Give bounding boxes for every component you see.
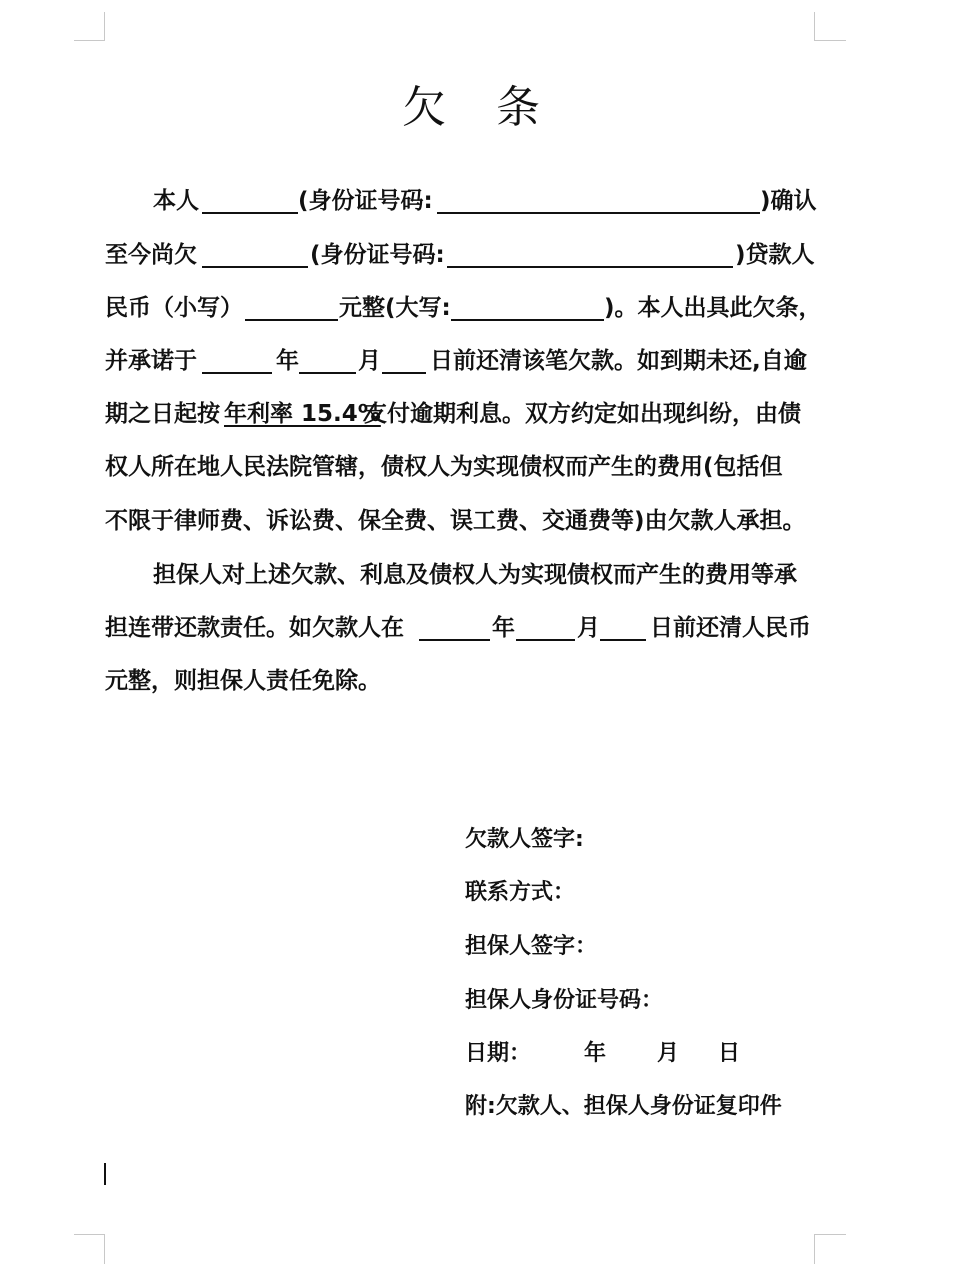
date-label: 日期： (465, 1039, 531, 1069)
text-overdue-start: 期之日起按 (105, 399, 220, 429)
text-jurisdiction-clause: 权人所在地人民法院管辖，债权人为实现债权而产生的费用(包括但 (105, 454, 783, 480)
text-joint-liability: 担连带还款责任。如欠款人在 (105, 613, 404, 643)
guarantor-id-field[interactable]: 担保人身份证号码： (465, 986, 663, 1016)
document-title: 欠 条 (0, 80, 960, 136)
blank-borrower-name[interactable] (202, 212, 298, 214)
guarantor-signature-label: 担保人签字： (465, 934, 597, 959)
text-owe-label: 至今尚欠 (105, 240, 197, 270)
paragraph1-line3: 民币（小写） 元整(大写: )。本人出具此欠条， (0, 293, 960, 323)
text-year: 年 (276, 346, 299, 376)
text-issue-statement: )。本人出具此欠条， (604, 293, 822, 323)
paragraph1-line5: 期之日起按 年利率 15.4% 支付逾期利息。双方约定如出现纠纷，由债 (0, 399, 960, 429)
date-day-label: 日 (718, 1039, 740, 1069)
page-corner-mark-top-left (74, 12, 105, 41)
page-corner-mark-bottom-left (74, 1234, 105, 1264)
text-month: 月 (358, 346, 381, 376)
contact-label: 联系方式： (465, 880, 575, 905)
text-repay-rmb: 日前还清人民币 (650, 613, 811, 643)
text-guarantor-clause: 担保人对上述欠款、利息及债权人为实现债权而产生的费用等承 (153, 562, 797, 588)
blank-guarantee-day[interactable] (600, 639, 646, 641)
blank-repay-month[interactable] (299, 372, 356, 374)
blank-repay-day[interactable] (382, 372, 426, 374)
text-borrower-label: 本人 (153, 186, 199, 216)
blank-amount-uppercase[interactable] (451, 319, 604, 321)
text-id-label: (身份证号码: (310, 240, 445, 270)
date-field[interactable]: 日期： 年 月 日 (465, 1039, 765, 1069)
blank-repay-year[interactable] (202, 372, 272, 374)
blank-amount-lowercase[interactable] (245, 319, 338, 321)
blank-guarantee-year[interactable] (419, 639, 490, 641)
paragraph1-line2: 至今尚欠 (身份证号码: )贷款人 (0, 240, 960, 270)
paragraph1-line6: 权人所在地人民法院管辖，债权人为实现债权而产生的费用(包括但 (105, 452, 783, 482)
document-page: 欠 条 本人 (身份证号码: )确认 至今尚欠 (身份证号码: )贷款人 民币（… (0, 0, 960, 1280)
date-month-label: 月 (657, 1039, 679, 1069)
text-interest-clause: 支付逾期利息。双方约定如出现纠纷，由债 (364, 399, 801, 429)
page-corner-mark-top-right (814, 12, 846, 41)
debtor-signature-field[interactable]: 欠款人签字: (465, 825, 584, 855)
text-month: 月 (577, 613, 600, 643)
guarantor-signature-field[interactable]: 担保人签字： (465, 932, 597, 962)
paragraph1-line1: 本人 (身份证号码: )确认 (0, 186, 960, 216)
text-confirm: )确认 (760, 186, 817, 216)
date-year-label: 年 (584, 1039, 606, 1069)
text-amount-uppercase-label: 元整(大写: (339, 293, 451, 323)
attachment-note: 附:欠款人、担保人身份证复印件 (465, 1092, 782, 1122)
page-corner-mark-bottom-right (814, 1234, 846, 1264)
blank-lender-name[interactable] (202, 266, 308, 268)
paragraph2-line1: 担保人对上述欠款、利息及债权人为实现债权而产生的费用等承 (153, 560, 797, 590)
text-cursor (104, 1163, 106, 1185)
text-repay-clause: 日前还清该笔欠款。如到期未还,自逾 (430, 346, 807, 376)
text-loan: )贷款人 (735, 240, 815, 270)
paragraph2-line2: 担连带还款责任。如欠款人在 年 月 日前还清人民币 (0, 613, 960, 643)
text-id-label: (身份证号码: (298, 186, 433, 216)
text-expenses-clause: 不限于律师费、诉讼费、保全费、误工费、交通费等)由欠款人承担。 (105, 508, 806, 534)
annual-interest-rate: 年利率 15.4% (224, 399, 381, 429)
blank-guarantee-month[interactable] (516, 639, 575, 641)
text-amount-lowercase-label: 民币（小写） (105, 293, 243, 323)
guarantor-id-label: 担保人身份证号码： (465, 988, 663, 1013)
paragraph1-line4: 并承诺于 年 月 日前还清该笔欠款。如到期未还,自逾 (0, 346, 960, 376)
debtor-signature-label: 欠款人签字: (465, 827, 584, 852)
text-release-clause: 元整，则担保人责任免除。 (105, 668, 381, 694)
contact-field[interactable]: 联系方式： (465, 878, 575, 908)
text-year: 年 (492, 613, 515, 643)
blank-lender-id[interactable] (447, 266, 733, 268)
text-promise: 并承诺于 (105, 346, 197, 376)
paragraph2-line3: 元整，则担保人责任免除。 (105, 666, 381, 696)
attachment-label: 附:欠款人、担保人身份证复印件 (465, 1094, 782, 1119)
blank-borrower-id[interactable] (437, 212, 760, 214)
paragraph1-line7: 不限于律师费、诉讼费、保全费、误工费、交通费等)由欠款人承担。 (105, 506, 806, 536)
